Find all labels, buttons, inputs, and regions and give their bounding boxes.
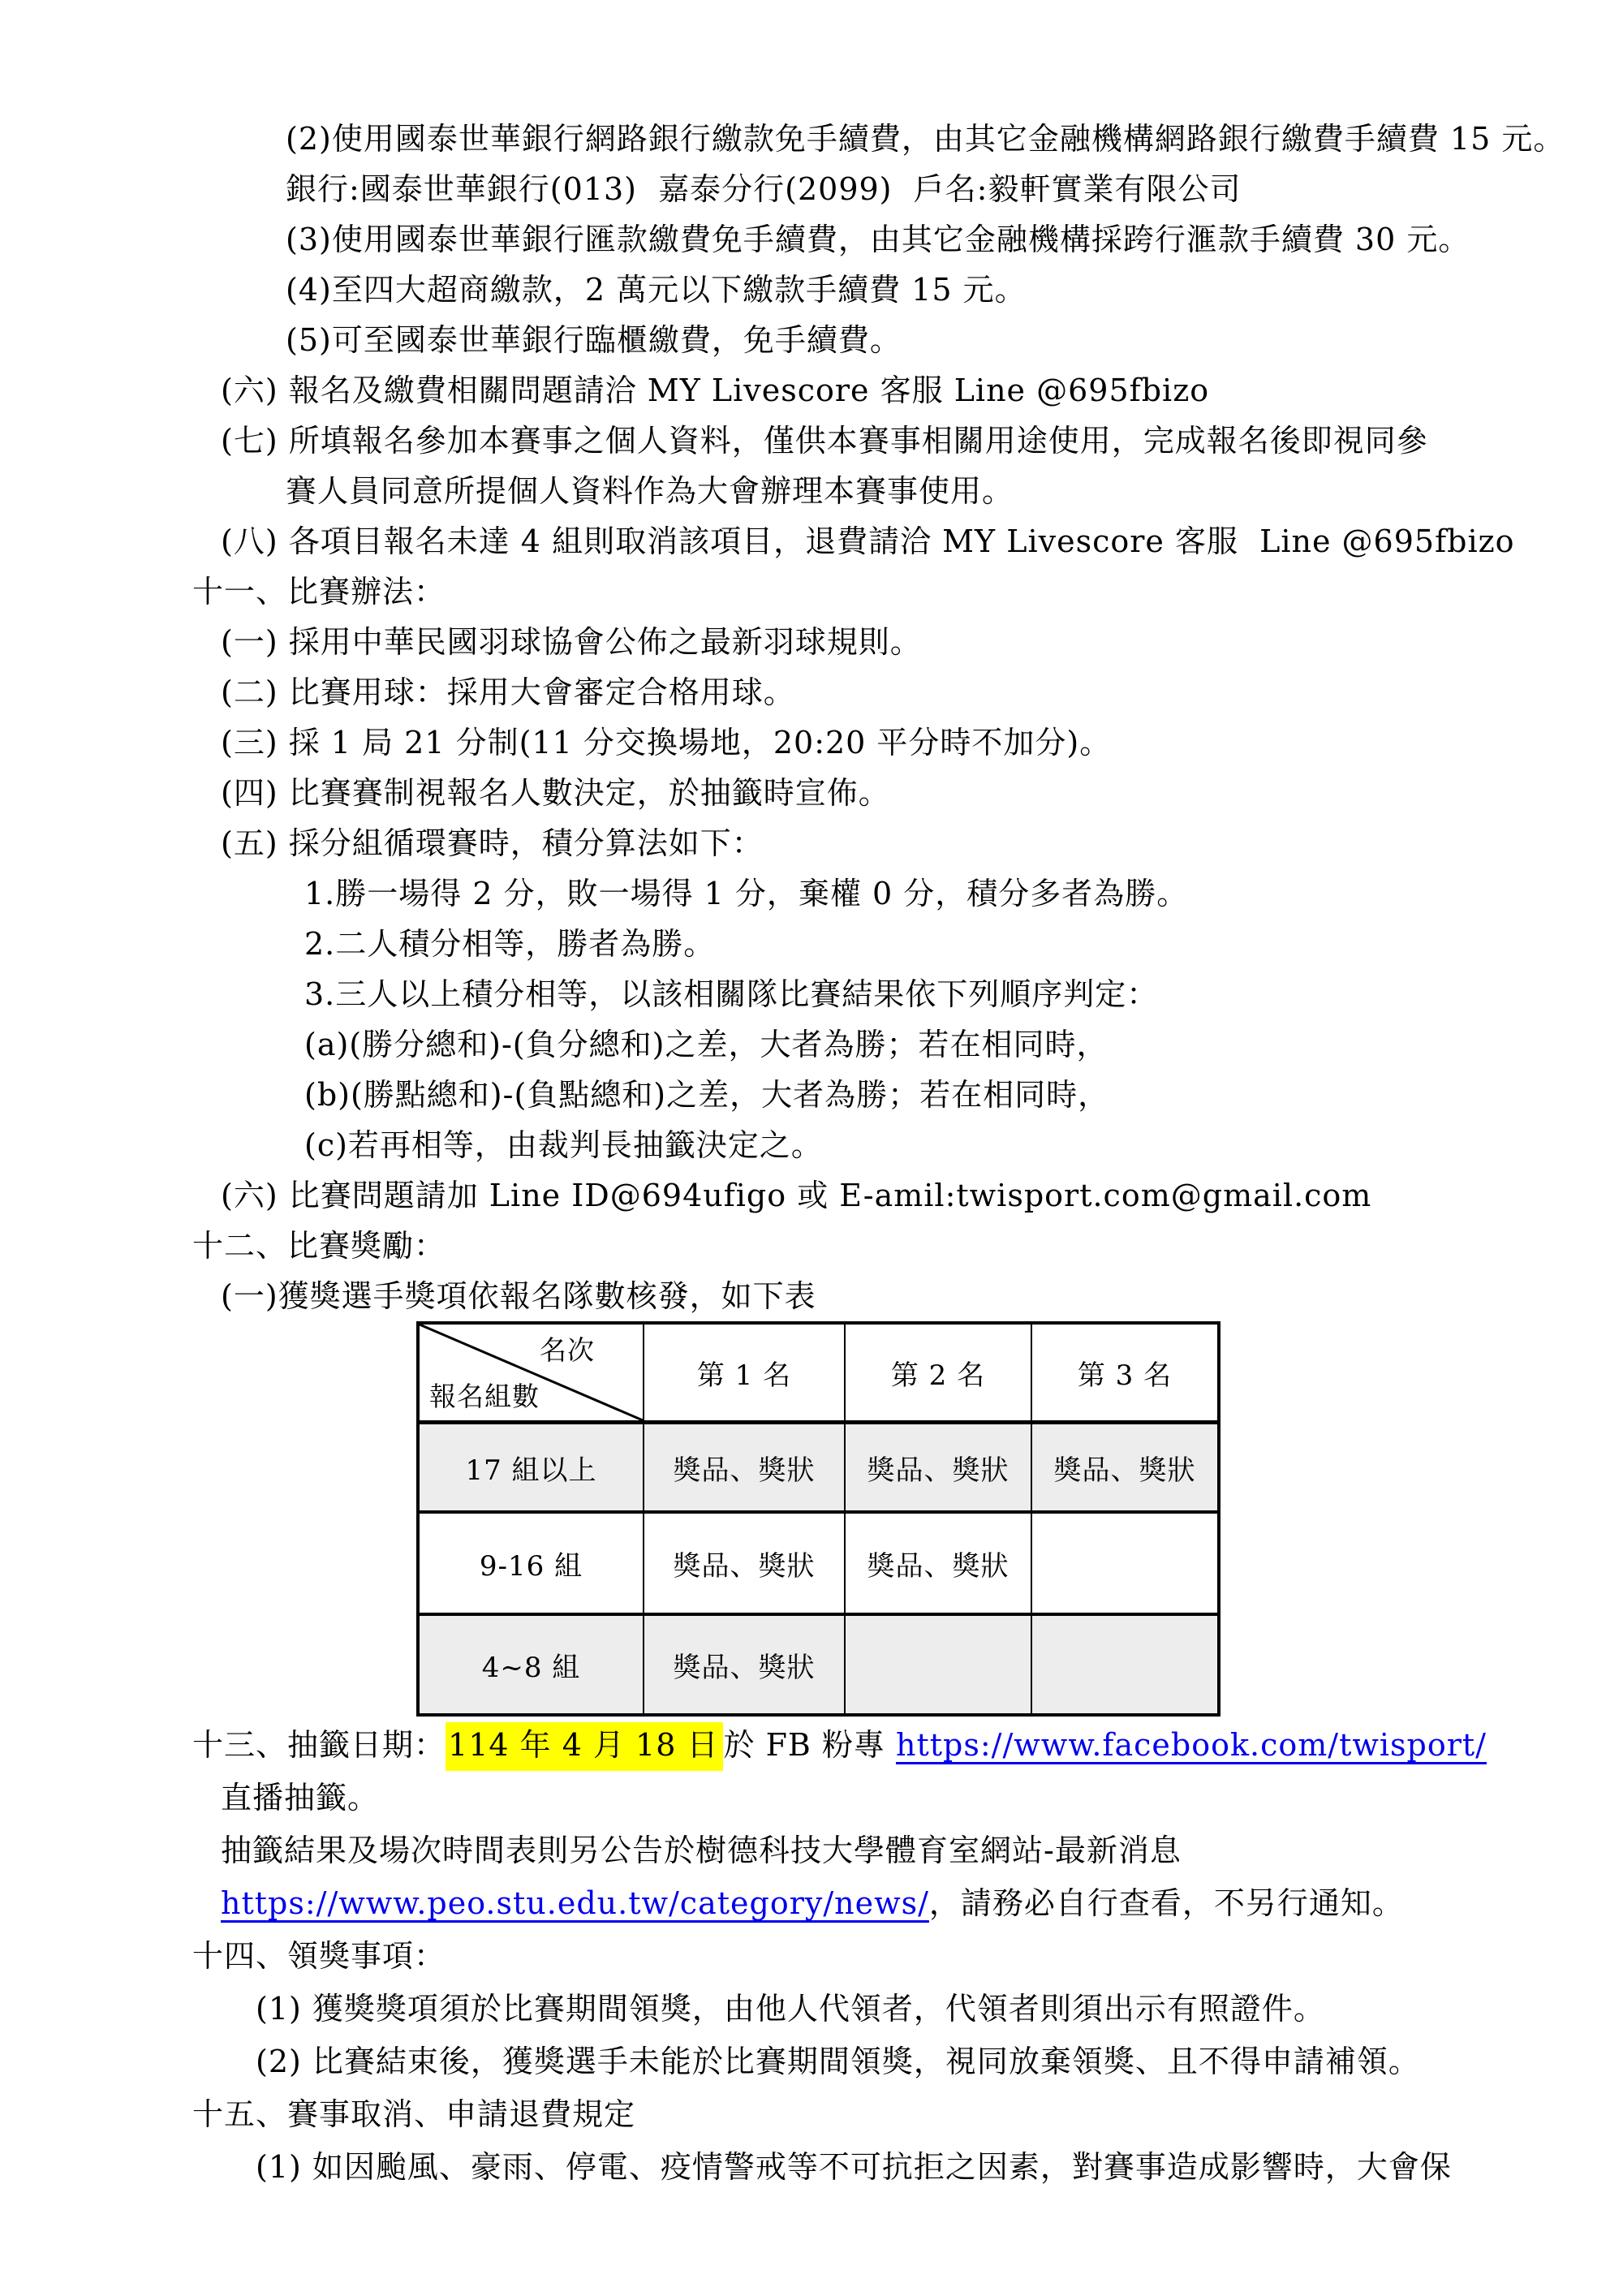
document-page: (2)使用國泰世華銀行網路銀行繳款免手續費，由其它金融機構網路銀行繳費手續費 1… (0, 0, 1623, 2296)
header-first-place: 第 1 名 (644, 1323, 845, 1423)
draw-date-label: 十三、抽籤日期： (192, 1727, 446, 1763)
awards-cell (1031, 1614, 1219, 1715)
text-line: (八) 各項目報名未達 4 組則取消該項目，退費請洽 MY Livescore … (0, 516, 1623, 566)
text-line: 2.二人積分相等，勝者為勝。 (0, 919, 1623, 969)
text-line: 1.勝一場得 2 分，敗一場得 1 分，棄權 0 分，積分多者為勝。 (0, 868, 1623, 919)
row-label: 4~8 組 (418, 1614, 644, 1715)
awards-table-row: 17 組以上 獎品、獎狀 獎品、獎狀 獎品、獎狀 (418, 1423, 1219, 1513)
text-line: (b)(勝點總和)-(負點總和)之差，大者為勝；若在相同時， (0, 1070, 1623, 1120)
text-line: (5)可至國泰世華銀行臨櫃繳費，免手續費。 (0, 315, 1623, 365)
section-heading-14: 十四、領獎事項： (0, 1930, 1623, 1983)
awards-cell: 獎品、獎狀 (644, 1614, 845, 1715)
text-line: (三) 採 1 局 21 分制(11 分交換場地，20:20 平分時不加分)。 (0, 717, 1623, 768)
facebook-page-link[interactable]: https://www.facebook.com/twisport/ (896, 1727, 1487, 1763)
awards-cell: 獎品、獎狀 (845, 1423, 1031, 1513)
row-label: 9-16 組 (418, 1512, 644, 1614)
section-heading-11: 十一、比賽辦法： (0, 566, 1623, 617)
text-line: (1) 獲獎獎項須於比賽期間領獎，由他人代領者，代領者則須出示有照證件。 (0, 1983, 1623, 2035)
news-link-line: https://www.peo.stu.edu.tw/category/news… (0, 1877, 1623, 1930)
text-line: 銀行:國泰世華銀行(013) 嘉泰分行(2099) 戶名:毅軒實業有限公司 (0, 164, 1623, 214)
text-line: (c)若再相等，由裁判長抽籤決定之。 (0, 1120, 1623, 1170)
draw-date-after: 於 FB 粉專 (723, 1727, 896, 1763)
awards-cell: 獎品、獎狀 (1031, 1423, 1219, 1513)
awards-cell: 獎品、獎狀 (644, 1423, 845, 1513)
text-line: (七) 所填報名參加本賽事之個人資料，僅供本賽事相關用途使用，完成報名後即視同參 (0, 416, 1623, 466)
draw-date-highlight: 114 年 4 月 18 日 (446, 1722, 723, 1771)
text-line: 賽人員同意所提個人資料作為大會辦理本賽事使用。 (0, 466, 1623, 516)
header-third-place: 第 3 名 (1031, 1323, 1219, 1423)
awards-cell: 獎品、獎狀 (845, 1512, 1031, 1614)
text-line: (2) 比賽結束後，獲獎選手未能於比賽期間領獎，視同放棄領獎、且不得申請補領。 (0, 2035, 1623, 2088)
text-line: (一) 採用中華民國羽球協會公佈之最新羽球規則。 (0, 617, 1623, 667)
text-line: (一)獲獎選手獎項依報名隊數核發，如下表 (0, 1271, 1623, 1321)
text-line: (二) 比賽用球：採用大會審定合格用球。 (0, 667, 1623, 717)
row-label: 17 組以上 (418, 1423, 644, 1513)
awards-table-row: 4~8 組 獎品、獎狀 (418, 1614, 1219, 1715)
text-line: (3)使用國泰世華銀行匯款繳費免手續費，由其它金融機構採跨行滙款手續費 30 元… (0, 214, 1623, 265)
awards-table: 名次 報名組數 第 1 名 第 2 名 第 3 名 17 組以上 獎品、獎狀 獎… (416, 1321, 1220, 1717)
text-line: 抽籤結果及場次時間表則另公告於樹德科技大學體育室網站-最新消息 (0, 1824, 1623, 1877)
text-line: (4)至四大超商繳款，2 萬元以下繳款手續費 15 元。 (0, 265, 1623, 315)
text-line: (a)(勝分總和)-(負分總和)之差，大者為勝；若在相同時， (0, 1019, 1623, 1070)
text-line: (2)使用國泰世華銀行網路銀行繳款免手續費，由其它金融機構網路銀行繳費手續費 1… (0, 114, 1623, 164)
text-line: (四) 比賽賽制視報名人數決定，於抽籤時宣佈。 (0, 768, 1623, 818)
section-heading-15: 十五、賽事取消、申請退費規定 (0, 2088, 1623, 2141)
stu-pe-news-link[interactable]: https://www.peo.stu.edu.tw/category/news… (221, 1885, 929, 1921)
news-link-tail: ，請務必自行查看，不另行通知。 (929, 1885, 1404, 1921)
section-heading-12: 十二、比賽獎勵： (0, 1221, 1623, 1271)
text-line: (六) 比賽問題請加 Line ID@694ufigo 或 E-amil:twi… (0, 1170, 1623, 1221)
text-line: 直播抽籤。 (0, 1772, 1623, 1824)
text-line: (六) 報名及繳費相關問題請洽 MY Livescore 客服 Line @69… (0, 365, 1623, 416)
text-line: (五) 採分組循環賽時，積分算法如下： (0, 818, 1623, 868)
awards-table-row: 9-16 組 獎品、獎狀 獎品、獎狀 (418, 1512, 1219, 1614)
awards-cell (1031, 1512, 1219, 1614)
table-corner-cell: 名次 報名組數 (418, 1323, 644, 1423)
corner-label-entries: 報名組數 (429, 1376, 540, 1414)
awards-table-header-row: 名次 報名組數 第 1 名 第 2 名 第 3 名 (418, 1323, 1219, 1423)
corner-label-rank: 名次 (540, 1329, 595, 1368)
section-draw-and-refund: 十三、抽籤日期：114 年 4 月 18 日於 FB 粉專 https://ww… (0, 1719, 1623, 2194)
draw-date-line: 十三、抽籤日期：114 年 4 月 18 日於 FB 粉專 https://ww… (0, 1719, 1623, 1772)
awards-cell: 獎品、獎狀 (644, 1512, 845, 1614)
section-payment-and-rules: (2)使用國泰世華銀行網路銀行繳款免手續費，由其它金融機構網路銀行繳費手續費 1… (0, 114, 1623, 1321)
text-line: (1) 如因颱風、豪雨、停電、疫情警戒等不可抗拒之因素，對賽事造成影響時，大會保 (0, 2141, 1623, 2194)
header-second-place: 第 2 名 (845, 1323, 1031, 1423)
awards-cell (845, 1614, 1031, 1715)
text-line: 3.三人以上積分相等，以該相關隊比賽結果依下列順序判定： (0, 969, 1623, 1019)
